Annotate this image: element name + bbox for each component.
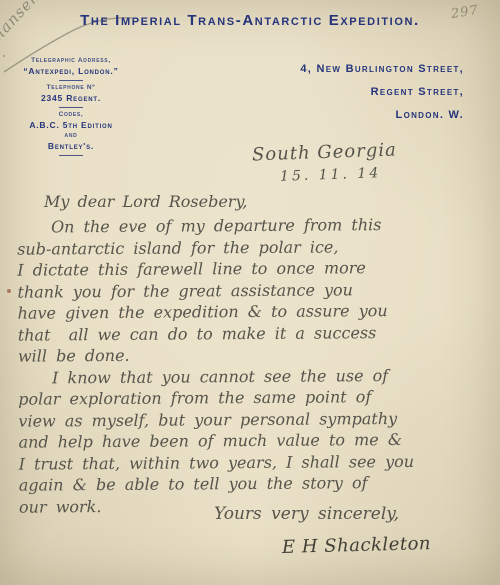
codes-conjunction: and <box>12 133 130 140</box>
codes-value-1: A.B.C. 5th Edition <box>12 121 130 130</box>
letter-signature: E H Shackleton <box>282 533 431 558</box>
letterhead-address-block: 4, New Burlington Street, Regent Street,… <box>300 58 464 127</box>
address-line: 4, New Burlington Street, <box>300 58 464 81</box>
paper-speck <box>7 289 11 293</box>
divider-rule <box>59 155 83 156</box>
telegraphic-address-value: “Antexpedi, London.” <box>12 67 130 76</box>
letter-page: hansen 297 The Imperial Trans-Antarctic … <box>0 0 500 585</box>
divider-rule <box>59 107 83 108</box>
letter-place: South Georgia <box>252 139 397 165</box>
divider-rule <box>59 80 83 81</box>
telephone-label: Telephone Nº <box>12 85 130 92</box>
paper-speck <box>3 55 5 57</box>
letterhead-title: The Imperial Trans-Antarctic Expedition. <box>0 12 500 29</box>
letter-date: 15. 11. 14 <box>280 165 382 185</box>
telegraphic-address-label: Telegraphic Address, <box>12 58 130 65</box>
letter-salutation: My dear Lord Rosebery, <box>44 192 247 211</box>
address-line: London. W. <box>300 104 464 127</box>
letter-closing: Yours very sincerely, <box>214 504 399 524</box>
codes-value-2: Bentley's. <box>12 142 130 151</box>
letterhead-left-block: Telegraphic Address, “Antexpedi, London.… <box>12 54 130 160</box>
letter-body: On the eve of my departure from this sub… <box>17 213 489 517</box>
codes-label: Codes, <box>12 112 130 119</box>
address-line: Regent Street, <box>300 81 464 104</box>
telephone-value: 2345 Regent. <box>12 94 130 103</box>
